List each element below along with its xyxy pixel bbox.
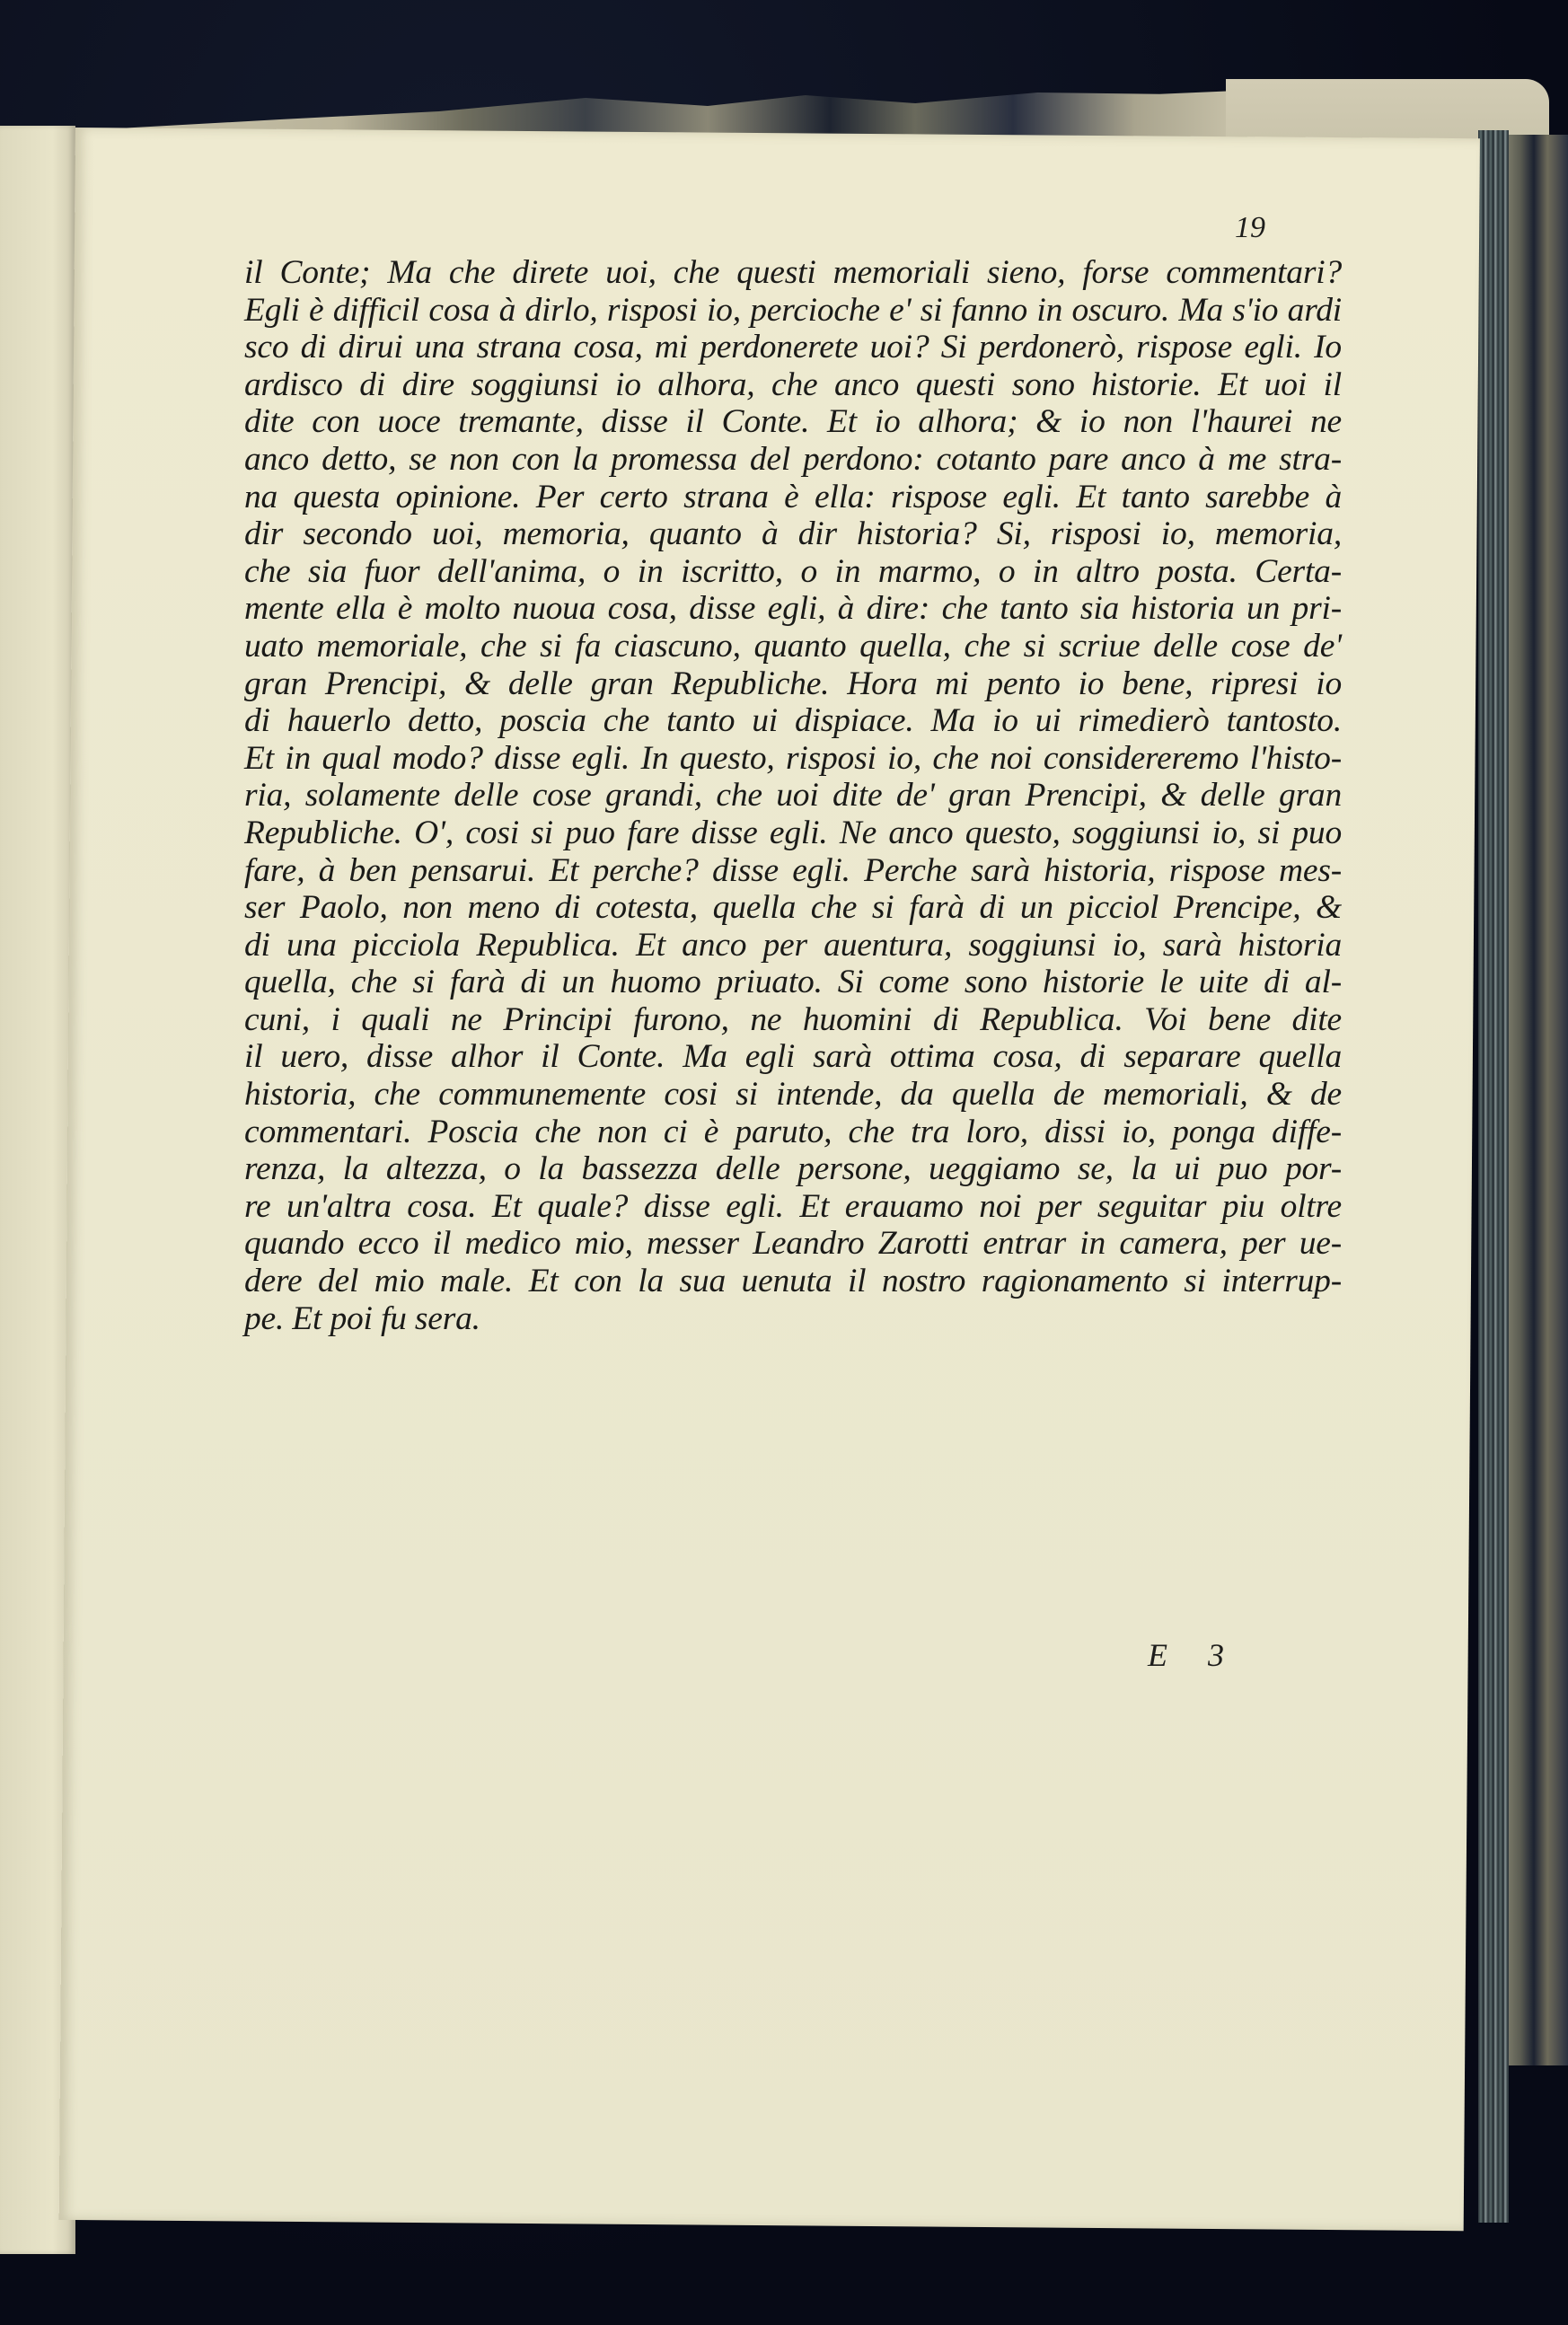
text-line: Et in qual modo? disse egli. In questo, … [244, 740, 1342, 778]
text-line: gran Prencipi, & delle gran Republiche. … [244, 665, 1342, 703]
text-line: quella, che si farà di un huomo priuato.… [244, 964, 1342, 1001]
signature-mark: E 3 [1148, 1636, 1224, 1674]
text-line: na questa opinione. Per certo strana è e… [244, 479, 1342, 516]
marbled-cover-right [1500, 135, 1568, 2065]
text-line: ria, solamente delle cose grandi, che uo… [244, 777, 1342, 815]
text-line: mente ella è molto nuoua cosa, disse egl… [244, 590, 1342, 628]
text-line: Egli è difficil cosa à dirlo, risposi io… [244, 292, 1342, 330]
text-line: di hauerlo detto, poscia che tanto ui di… [244, 702, 1342, 740]
text-line: Republiche. O', cosi si puo fare disse e… [244, 815, 1342, 852]
text-line: cuni, i quali ne Principi furono, ne huo… [244, 1001, 1342, 1039]
text-line: anco detto, se non con la promessa del p… [244, 441, 1342, 479]
text-line: sco di dirui una strana cosa, mi perdone… [244, 329, 1342, 366]
text-line: commentari. Poscia che non ci è paruto, … [244, 1114, 1342, 1151]
text-line: quando ecco il medico mio, messer Leandr… [244, 1225, 1342, 1263]
text-line: uato memoriale, che si fa ciascuno, quan… [244, 628, 1342, 665]
text-line: historia, che communemente cosi si inten… [244, 1076, 1342, 1114]
text-line: ser Paolo, non meno di cotesta, quella c… [244, 889, 1342, 927]
text-line: il uero, disse alhor il Conte. Ma egli s… [244, 1038, 1342, 1076]
text-line: renza, la altezza, o la bassezza delle p… [244, 1150, 1342, 1188]
text-line: ardisco di dire soggiunsi io alhora, che… [244, 366, 1342, 404]
text-line: re un'altra cosa. Et quale? disse egli. … [244, 1188, 1342, 1226]
body-text: il Conte; Ma che direte uoi, che questi … [244, 254, 1342, 1337]
text-line: dir secondo uoi, memoria, quanto à dir h… [244, 515, 1342, 553]
text-line: dere del mio male. Et con la sua uenuta … [244, 1263, 1342, 1300]
page-edges [1478, 130, 1509, 2223]
text-line: dite con uoce tremante, disse il Conte. … [244, 403, 1342, 441]
text-line: che sia fuor dell'anima, o in iscritto, … [244, 553, 1342, 591]
page-number: 19 [1235, 211, 1265, 245]
text-line: il Conte; Ma che direte uoi, che questi … [244, 254, 1342, 292]
text-line: fare, à ben pensarui. Et perche? disse e… [244, 852, 1342, 890]
text-line: pe. Et poi fu sera. [244, 1300, 1342, 1338]
text-line: di una picciola Republica. Et anco per a… [244, 927, 1342, 964]
